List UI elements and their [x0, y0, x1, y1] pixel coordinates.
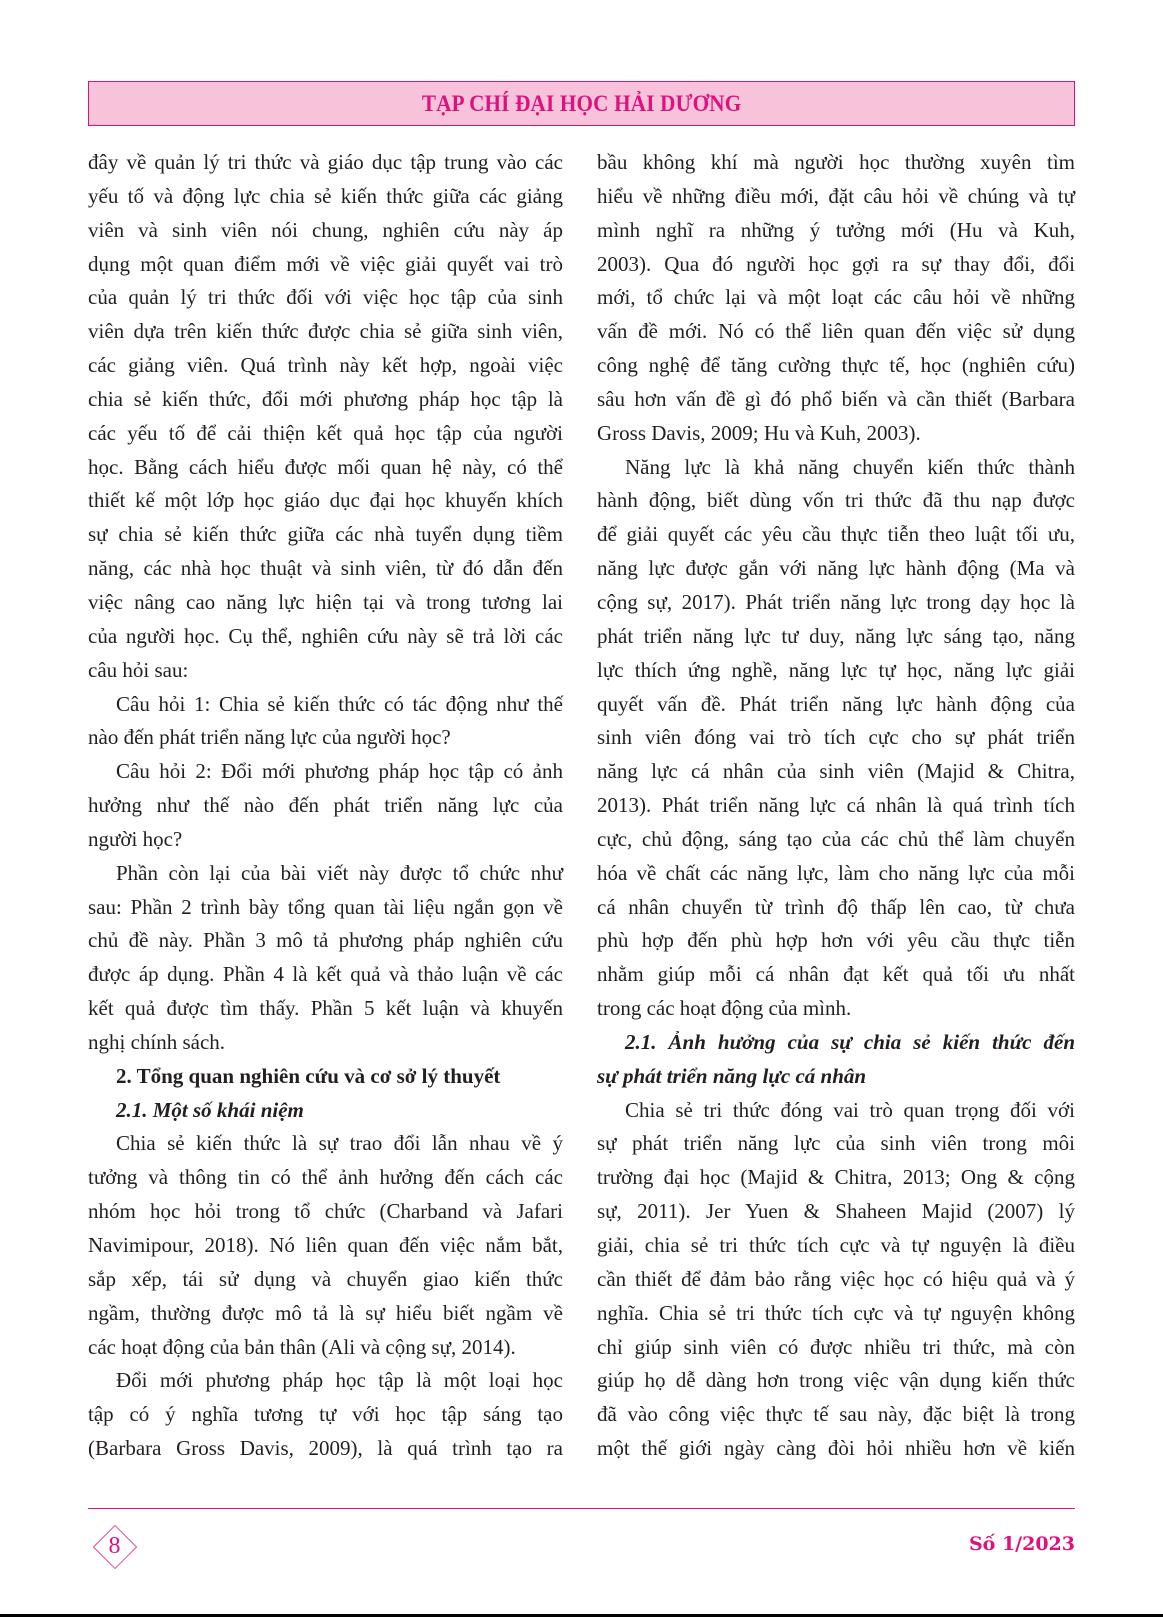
issue-number: Số 1/2023: [969, 1533, 1075, 1555]
left-text-column: đây về quản lý tri thức và giáo dục tập …: [88, 146, 563, 1466]
text-line: người học?: [88, 823, 563, 857]
text-line: sự, 2011). Jer Yuen & Shaheen Majid (200…: [597, 1195, 1075, 1229]
text-line: lực thích ứng nghề, năng lực tự học, năn…: [597, 654, 1075, 688]
text-line: Navimipour, 2018). Nó liên quan đến việc…: [88, 1229, 563, 1263]
text-line: trường đại học (Majid & Chitra, 2013; On…: [597, 1161, 1075, 1195]
text-line: nhóm học hỏi trong tổ chức (Charband và …: [88, 1195, 563, 1229]
text-line: viên và sinh viên nói chung, nghiên cứu …: [88, 214, 563, 248]
text-line: hành động, biết dùng vốn tri thức đã thu…: [597, 484, 1075, 518]
text-line: yếu tố và động lực chia sẻ kiến thức giữ…: [88, 180, 563, 214]
text-line: năng, các nhà học thuật và sinh viên, từ…: [88, 552, 563, 586]
text-line: Gross Davis, 2009; Hu và Kuh, 2003).: [597, 417, 1075, 451]
text-line: sự chia sẻ kiến thức giữa các nhà tuyển …: [88, 518, 563, 552]
text-line: phù hợp đến phù hợp hơn với yêu cầu thực…: [597, 924, 1075, 958]
text-line: học. Bằng cách hiểu được mối quan hệ này…: [88, 451, 563, 485]
text-line: sự phát triển năng lực của sinh viên tro…: [597, 1127, 1075, 1161]
page-number: 8: [88, 1527, 141, 1565]
text-line: dụng một quan điểm mới về việc giải quyế…: [88, 248, 563, 282]
text-line: chia sẻ kiến thức, đổi mới phương pháp h…: [88, 383, 563, 417]
text-line: chủ đề này. Phần 3 mô tả phương pháp ngh…: [88, 924, 563, 958]
text-line: một thế giới ngày càng đòi hỏi nhiều hơn…: [597, 1432, 1075, 1466]
text-line: trong các hoạt động của mình.: [597, 992, 1075, 1026]
text-line: 2013). Phát triển năng lực cá nhân là qu…: [597, 789, 1075, 823]
text-line: để giải quyết các yêu cầu thực tiễn theo…: [597, 518, 1075, 552]
text-line: bầu không khí mà người học thường xuyên …: [597, 146, 1075, 180]
text-line: 2.1. Ảnh hưởng của sự chia sẻ kiến thức …: [597, 1026, 1075, 1060]
text-line: nghĩa. Chia sẻ tri thức tích cực và tự n…: [597, 1297, 1075, 1331]
text-line: sắp xếp, tái sử dụng và chuyển giao kiến…: [88, 1263, 563, 1297]
text-line: hiểu về những điều mới, đặt câu hỏi về c…: [597, 180, 1075, 214]
text-line: tập có ý nghĩa tương tự với học tập sáng…: [88, 1398, 563, 1432]
text-line: đã vào công việc thực tế sau này, đặc bi…: [597, 1398, 1075, 1432]
text-line: giúp họ dễ dàng hơn trong việc vận dụng …: [597, 1364, 1075, 1398]
text-line: công nghệ để tăng cường thực tế, học (ng…: [597, 349, 1075, 383]
text-line: giải, chia sẻ tri thức tích cực và tự ng…: [597, 1229, 1075, 1263]
text-line: Đổi mới phương pháp học tập là một loại …: [88, 1364, 563, 1398]
text-line: việc nâng cao năng lực hiện tại và trong…: [88, 586, 563, 620]
text-line: (Barbara Gross Davis, 2009), là quá trìn…: [88, 1432, 563, 1466]
text-line: hóa về chất các năng lực, làm cho năng l…: [597, 857, 1075, 891]
text-line: phát triển năng lực tư duy, năng lực sán…: [597, 620, 1075, 654]
text-line: được áp dụng. Phần 4 là kết quả và thảo …: [88, 958, 563, 992]
text-line: Phần còn lại của bài viết này được tổ ch…: [88, 857, 563, 891]
text-line: kết quả được tìm thấy. Phần 5 kết luận v…: [88, 992, 563, 1026]
text-line: vấn đề mới. Nó có thể liên quan đến việc…: [597, 315, 1075, 349]
journal-title: TẠP CHÍ ĐẠI HỌC HẢI DƯƠNG: [422, 91, 741, 117]
journal-header-banner: TẠP CHÍ ĐẠI HỌC HẢI DƯƠNG: [88, 81, 1075, 126]
text-line: nào đến phát triển năng lực của người họ…: [88, 721, 563, 755]
text-line: Câu hỏi 1: Chia sẻ kiến thức có tác động…: [88, 688, 563, 722]
text-line: nhằm giúp mỗi cá nhân đạt kết quả tối ưu…: [597, 958, 1075, 992]
text-line: tưởng và thông tin có thể ảnh hưởng đến …: [88, 1161, 563, 1195]
text-line: các giảng viên. Quá trình này kết hợp, n…: [88, 349, 563, 383]
text-line: của quản lý tri thức đối với việc học tậ…: [88, 281, 563, 315]
text-line: cá nhân chuyển từ trình độ thấp lên cao,…: [597, 891, 1075, 925]
footer-divider: [88, 1508, 1075, 1509]
text-line: chỉ giúp sinh viên có được nhiều tri thứ…: [597, 1331, 1075, 1365]
text-line: 2003). Qua đó người học gợi ra sự thay đ…: [597, 248, 1075, 282]
text-line: của người học. Cụ thể, nghiên cứu này sẽ…: [88, 620, 563, 654]
text-line: cộng sự, 2017). Phát triển năng lực tron…: [597, 586, 1075, 620]
text-line: năng lực được gắn với năng lực hành động…: [597, 552, 1075, 586]
text-line: Năng lực là khả năng chuyển kiến thức th…: [597, 451, 1075, 485]
text-line: mới, tổ chức lại và một loạt các câu hỏi…: [597, 281, 1075, 315]
text-line: câu hỏi sau:: [88, 654, 563, 688]
text-line: sự phát triển năng lực cá nhân: [597, 1060, 1075, 1094]
text-line: mình nghĩ ra những ý tưởng mới (Hu và Ku…: [597, 214, 1075, 248]
text-line: cực, chủ động, sáng tạo của các chủ thể …: [597, 823, 1075, 857]
text-line: sâu hơn vấn đề gì đó phổ biến và cần thi…: [597, 383, 1075, 417]
text-line: 2. Tổng quan nghiên cứu và cơ sở lý thuy…: [88, 1060, 563, 1094]
text-line: sau: Phần 2 trình bày tổng quan tài liệu…: [88, 891, 563, 925]
right-text-column: bầu không khí mà người học thường xuyên …: [597, 146, 1075, 1466]
text-line: các hoạt động của bản thân (Ali và cộng …: [88, 1331, 563, 1365]
text-line: ngầm, thường được mô tả là sự hiểu biết …: [88, 1297, 563, 1331]
text-line: các yếu tố để cải thiện kết quả học tập …: [88, 417, 563, 451]
text-line: 2.1. Một số khái niệm: [88, 1094, 563, 1128]
text-line: nghị chính sách.: [88, 1026, 563, 1060]
text-line: Chia sẻ tri thức đóng vai trò quan trọng…: [597, 1094, 1075, 1128]
text-line: Chia sẻ kiến thức là sự trao đổi lẫn nha…: [88, 1127, 563, 1161]
text-line: quyết vấn đề. Phát triển năng lực hành đ…: [597, 688, 1075, 722]
text-line: sinh viên đóng vai trò tích cực cho sự p…: [597, 721, 1075, 755]
text-line: năng lực cá nhân của sinh viên (Majid & …: [597, 755, 1075, 789]
text-line: Câu hỏi 2: Đổi mới phương pháp học tập c…: [88, 755, 563, 789]
text-line: thiết kế một lớp học giáo dục đại học kh…: [88, 484, 563, 518]
text-line: hưởng như thế nào đến phát triển năng lự…: [88, 789, 563, 823]
text-line: cần thiết để đảm bảo rằng việc học có hi…: [597, 1263, 1075, 1297]
text-line: viên dựa trên kiến thức được chia sẻ giữ…: [88, 315, 563, 349]
text-line: đây về quản lý tri thức và giáo dục tập …: [88, 146, 563, 180]
